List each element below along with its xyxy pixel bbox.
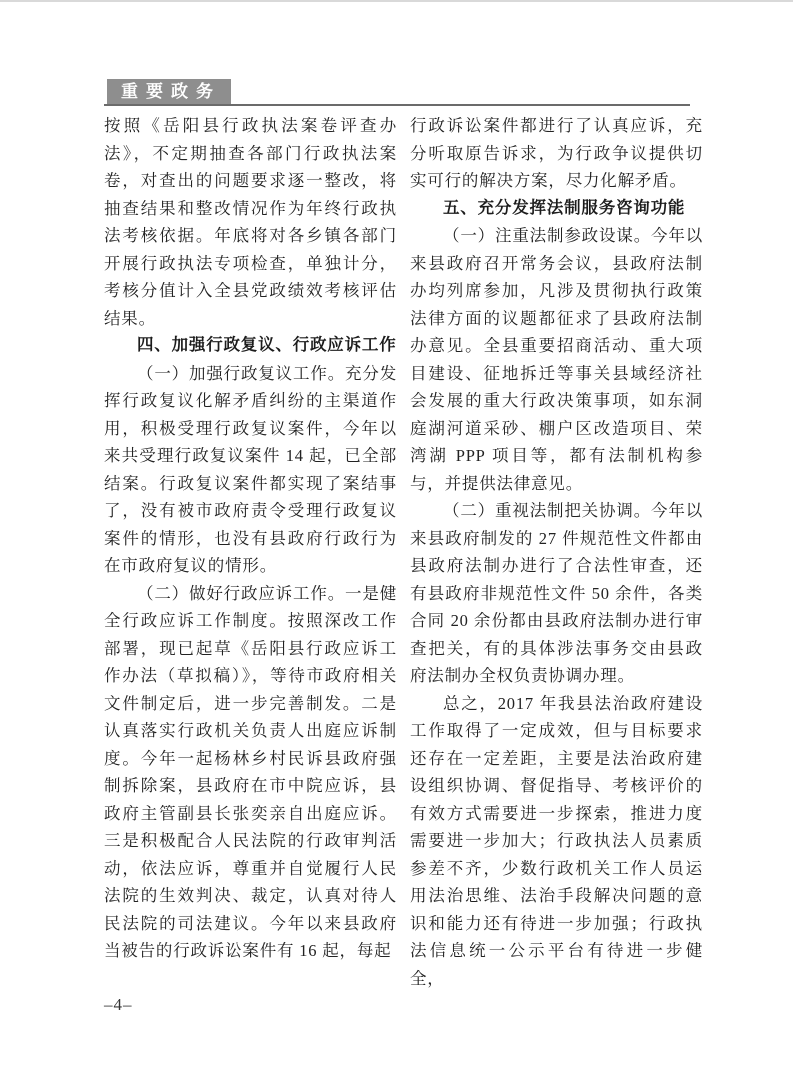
document-page: 重要政务 按照《岳阳县行政执法案卷评查办法》，不定期抽查各部门行政执法案卷，对查… (0, 0, 793, 1077)
section-header-badge: 重要政务 (107, 79, 231, 104)
section-heading: 四、加强行政复议、行政应诉工作 (104, 332, 397, 360)
text-column-left: 按照《岳阳县行政执法案卷评查办法》，不定期抽查各部门行政执法案卷，对查出的问题要… (104, 112, 397, 992)
section-heading: 五、充分发挥法制服务咨询功能 (410, 195, 703, 223)
scan-edge-artifact (0, 0, 793, 2)
body-paragraph: （一）注重法制参政设谋。今年以来县政府召开常务会议，县政府法制办均列席参加，凡涉… (410, 222, 703, 497)
body-paragraph: 按照《岳阳县行政执法案卷评查办法》，不定期抽查各部门行政执法案卷，对查出的问题要… (104, 112, 397, 332)
body-paragraph: 行政诉讼案件都进行了认真应诉，充分听取原告诉求，为行政争议提供切实可行的解决方案… (410, 112, 703, 195)
body-paragraph: （一）加强行政复议工作。充分发挥行政复议化解矛盾纠纷的主渠道作用，积极受理行政复… (104, 360, 397, 580)
text-columns: 按照《岳阳县行政执法案卷评查办法》，不定期抽查各部门行政执法案卷，对查出的问题要… (104, 112, 703, 992)
body-paragraph: 总之，2017 年我县法治政府建设工作取得了一定成效，但与目标要求还存在一定差距… (410, 690, 703, 993)
page-number: –4– (104, 995, 133, 1015)
text-column-right: 行政诉讼案件都进行了认真应诉，充分听取原告诉求，为行政争议提供切实可行的解决方案… (410, 112, 703, 992)
body-paragraph: （二）重视法制把关协调。今年以来县政府制发的 27 件规范性文件都由县政府法制办… (410, 497, 703, 690)
body-paragraph: （二）做好行政应诉工作。一是健全行政应诉工作制度。按照深改工作部署，现已起草《岳… (104, 580, 397, 965)
header-rule (104, 104, 690, 106)
